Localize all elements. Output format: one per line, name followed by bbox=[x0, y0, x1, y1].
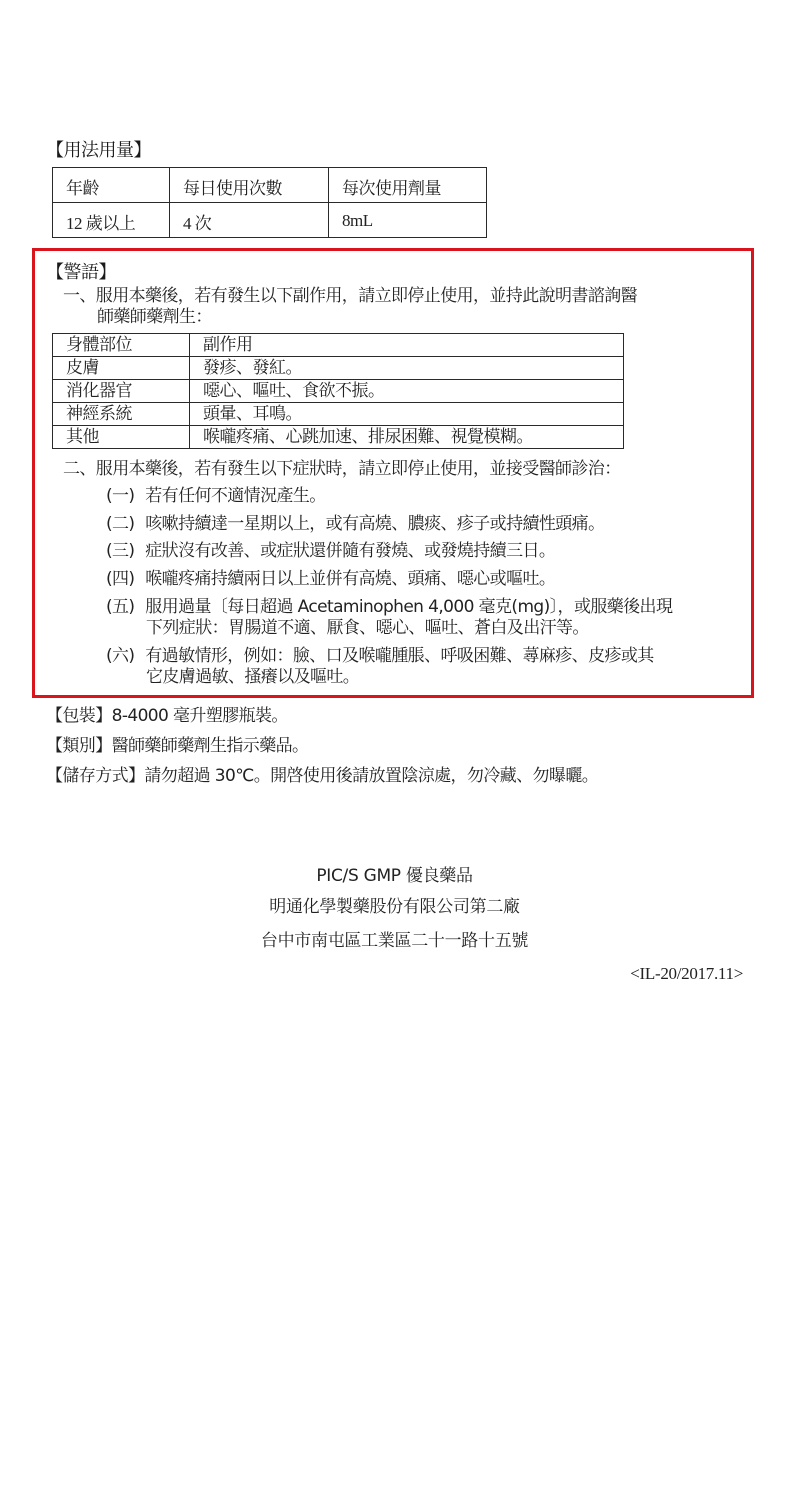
footer-company: 明通化學製藥股份有限公司第二廠 bbox=[0, 896, 789, 918]
side-effects-table: 身體部位 副作用 皮膚 發疹、發紅。 消化器官 噁心、嘔吐、食欲不振。 神經系統… bbox=[52, 333, 624, 449]
storage-line: 【儲存方式】請勿超過 30℃。開啓使用後請放置陰涼處，勿冷藏、勿曝曬。 bbox=[46, 765, 598, 787]
table-row: 皮膚 發疹、發紅。 bbox=[53, 357, 624, 380]
subitem-text: 喉嚨疼痛持續兩日以上並併有高燒、頭痛、噁心或嘔吐。 bbox=[145, 569, 555, 589]
subitem-text: 咳嗽持續達一星期以上，或有高燒、膿痰、疹子或持續性頭痛。 bbox=[145, 514, 604, 534]
dosage-age-value: 12 歲以上 bbox=[53, 203, 170, 238]
subitem-5-line-2: 下列症狀：胃腸道不適、厭食、噁心、嘔吐、蒼白及出汗等。 bbox=[146, 617, 589, 639]
warning-item-2-intro: 二、服用本藥後，若有發生以下症狀時，請立即停止使用，並接受醫師診治： bbox=[63, 458, 621, 480]
subitem-6-line-2: 它皮膚過敏、搔癢以及嘔吐。 bbox=[146, 666, 359, 688]
table-row: 神經系統 頭暈、耳鳴。 bbox=[53, 403, 624, 426]
subitem-marker: (二) bbox=[106, 514, 134, 534]
footer-address: 台中市南屯區工業區二十一路十五號 bbox=[0, 930, 789, 952]
dosage-amount-value: 8mL bbox=[329, 203, 487, 238]
dosage-table-header-row: 年齡 每日使用次數 每次使用劑量 bbox=[53, 168, 487, 203]
storage-value: 請勿超過 30℃。開啓使用後請放置陰涼處，勿冷藏、勿曝曬。 bbox=[144, 766, 598, 786]
subitem-2: (二) 咳嗽持續達一星期以上，或有高燒、膿痰、疹子或持續性頭痛。 bbox=[106, 513, 604, 535]
subitem-marker: (三) bbox=[106, 541, 134, 561]
table-row: 其他 喉嚨疼痛、心跳加速、排尿困難、視覺模糊。 bbox=[53, 426, 624, 449]
side-effects-header-row: 身體部位 副作用 bbox=[53, 334, 624, 357]
side-effects-col-effect: 副作用 bbox=[190, 334, 624, 357]
subitem-3: (三) 症狀沒有改善、或症狀還併隨有發燒、或發燒持續三日。 bbox=[106, 540, 555, 562]
body-part-cell: 皮膚 bbox=[53, 357, 190, 380]
subitem-6: (六) 有過敏情形，例如：臉、口及喉嚨腫脹、呼吸困難、蕁麻疹、皮疹或其 bbox=[106, 645, 654, 667]
effect-cell: 發疹、發紅。 bbox=[190, 357, 624, 380]
category-value: 醫師藥師藥劑生指示藥品。 bbox=[112, 736, 309, 756]
warning-item-1-line-1: 一、服用本藥後，若有發生以下副作用，請立即停止使用，並持此說明書諮詢醫 bbox=[63, 285, 637, 307]
subitem-text: 有過敏情形，例如：臉、口及喉嚨腫脹、呼吸困難、蕁麻疹、皮疹或其 bbox=[145, 646, 653, 666]
dosage-col-times-per-day: 每日使用次數 bbox=[170, 168, 329, 203]
packaging-value: 8-4000 毫升塑膠瓶裝。 bbox=[112, 706, 288, 726]
category-label: 【類別】 bbox=[46, 736, 112, 756]
subitem-marker: (五) bbox=[106, 597, 134, 617]
footer-document-code: <IL-20/2017.11> bbox=[630, 963, 743, 985]
subitem-marker: (四) bbox=[106, 569, 134, 589]
packaging-label: 【包裝】 bbox=[46, 706, 112, 726]
dosage-times-value: 4 次 bbox=[170, 203, 329, 238]
storage-label: 【儲存方式】 bbox=[46, 766, 144, 786]
effect-cell: 喉嚨疼痛、心跳加速、排尿困難、視覺模糊。 bbox=[190, 426, 624, 449]
subitem-4: (四) 喉嚨疼痛持續兩日以上並併有高燒、頭痛、噁心或嘔吐。 bbox=[106, 568, 555, 590]
body-part-cell: 神經系統 bbox=[53, 403, 190, 426]
effect-cell: 頭暈、耳鳴。 bbox=[190, 403, 624, 426]
table-row: 消化器官 噁心、嘔吐、食欲不振。 bbox=[53, 380, 624, 403]
dosage-table-row: 12 歲以上 4 次 8mL bbox=[53, 203, 487, 238]
subitem-1: (一) 若有任何不適情況產生。 bbox=[106, 485, 326, 507]
subitem-marker: (一) bbox=[106, 486, 134, 506]
packaging-line: 【包裝】8-4000 毫升塑膠瓶裝。 bbox=[46, 705, 288, 727]
body-part-cell: 其他 bbox=[53, 426, 190, 449]
body-part-cell: 消化器官 bbox=[53, 380, 190, 403]
footer-certification: PIC/S GMP 優良藥品 bbox=[0, 865, 789, 887]
dosage-col-age: 年齡 bbox=[53, 168, 170, 203]
dosage-table: 年齡 每日使用次數 每次使用劑量 12 歲以上 4 次 8mL bbox=[52, 167, 487, 238]
warning-item-1-line-2: 師藥師藥劑生： bbox=[97, 306, 212, 328]
dosage-heading: 【用法用量】 bbox=[46, 140, 151, 162]
effect-cell: 噁心、嘔吐、食欲不振。 bbox=[190, 380, 624, 403]
subitem-text: 服用過量〔每日超過 Acetaminophen 4,000 毫克(mg)〕，或服… bbox=[145, 597, 672, 617]
subitem-text: 若有任何不適情況產生。 bbox=[145, 486, 325, 506]
subitem-text: 症狀沒有改善、或症狀還併隨有發燒、或發燒持續三日。 bbox=[145, 541, 555, 561]
side-effects-col-body-part: 身體部位 bbox=[53, 334, 190, 357]
subitem-marker: (六) bbox=[106, 646, 134, 666]
dosage-col-dose-per-time: 每次使用劑量 bbox=[329, 168, 487, 203]
warnings-heading: 【警語】 bbox=[46, 262, 116, 284]
category-line: 【類別】醫師藥師藥劑生指示藥品。 bbox=[46, 735, 308, 757]
subitem-5: (五) 服用過量〔每日超過 Acetaminophen 4,000 毫克(mg)… bbox=[106, 596, 672, 618]
